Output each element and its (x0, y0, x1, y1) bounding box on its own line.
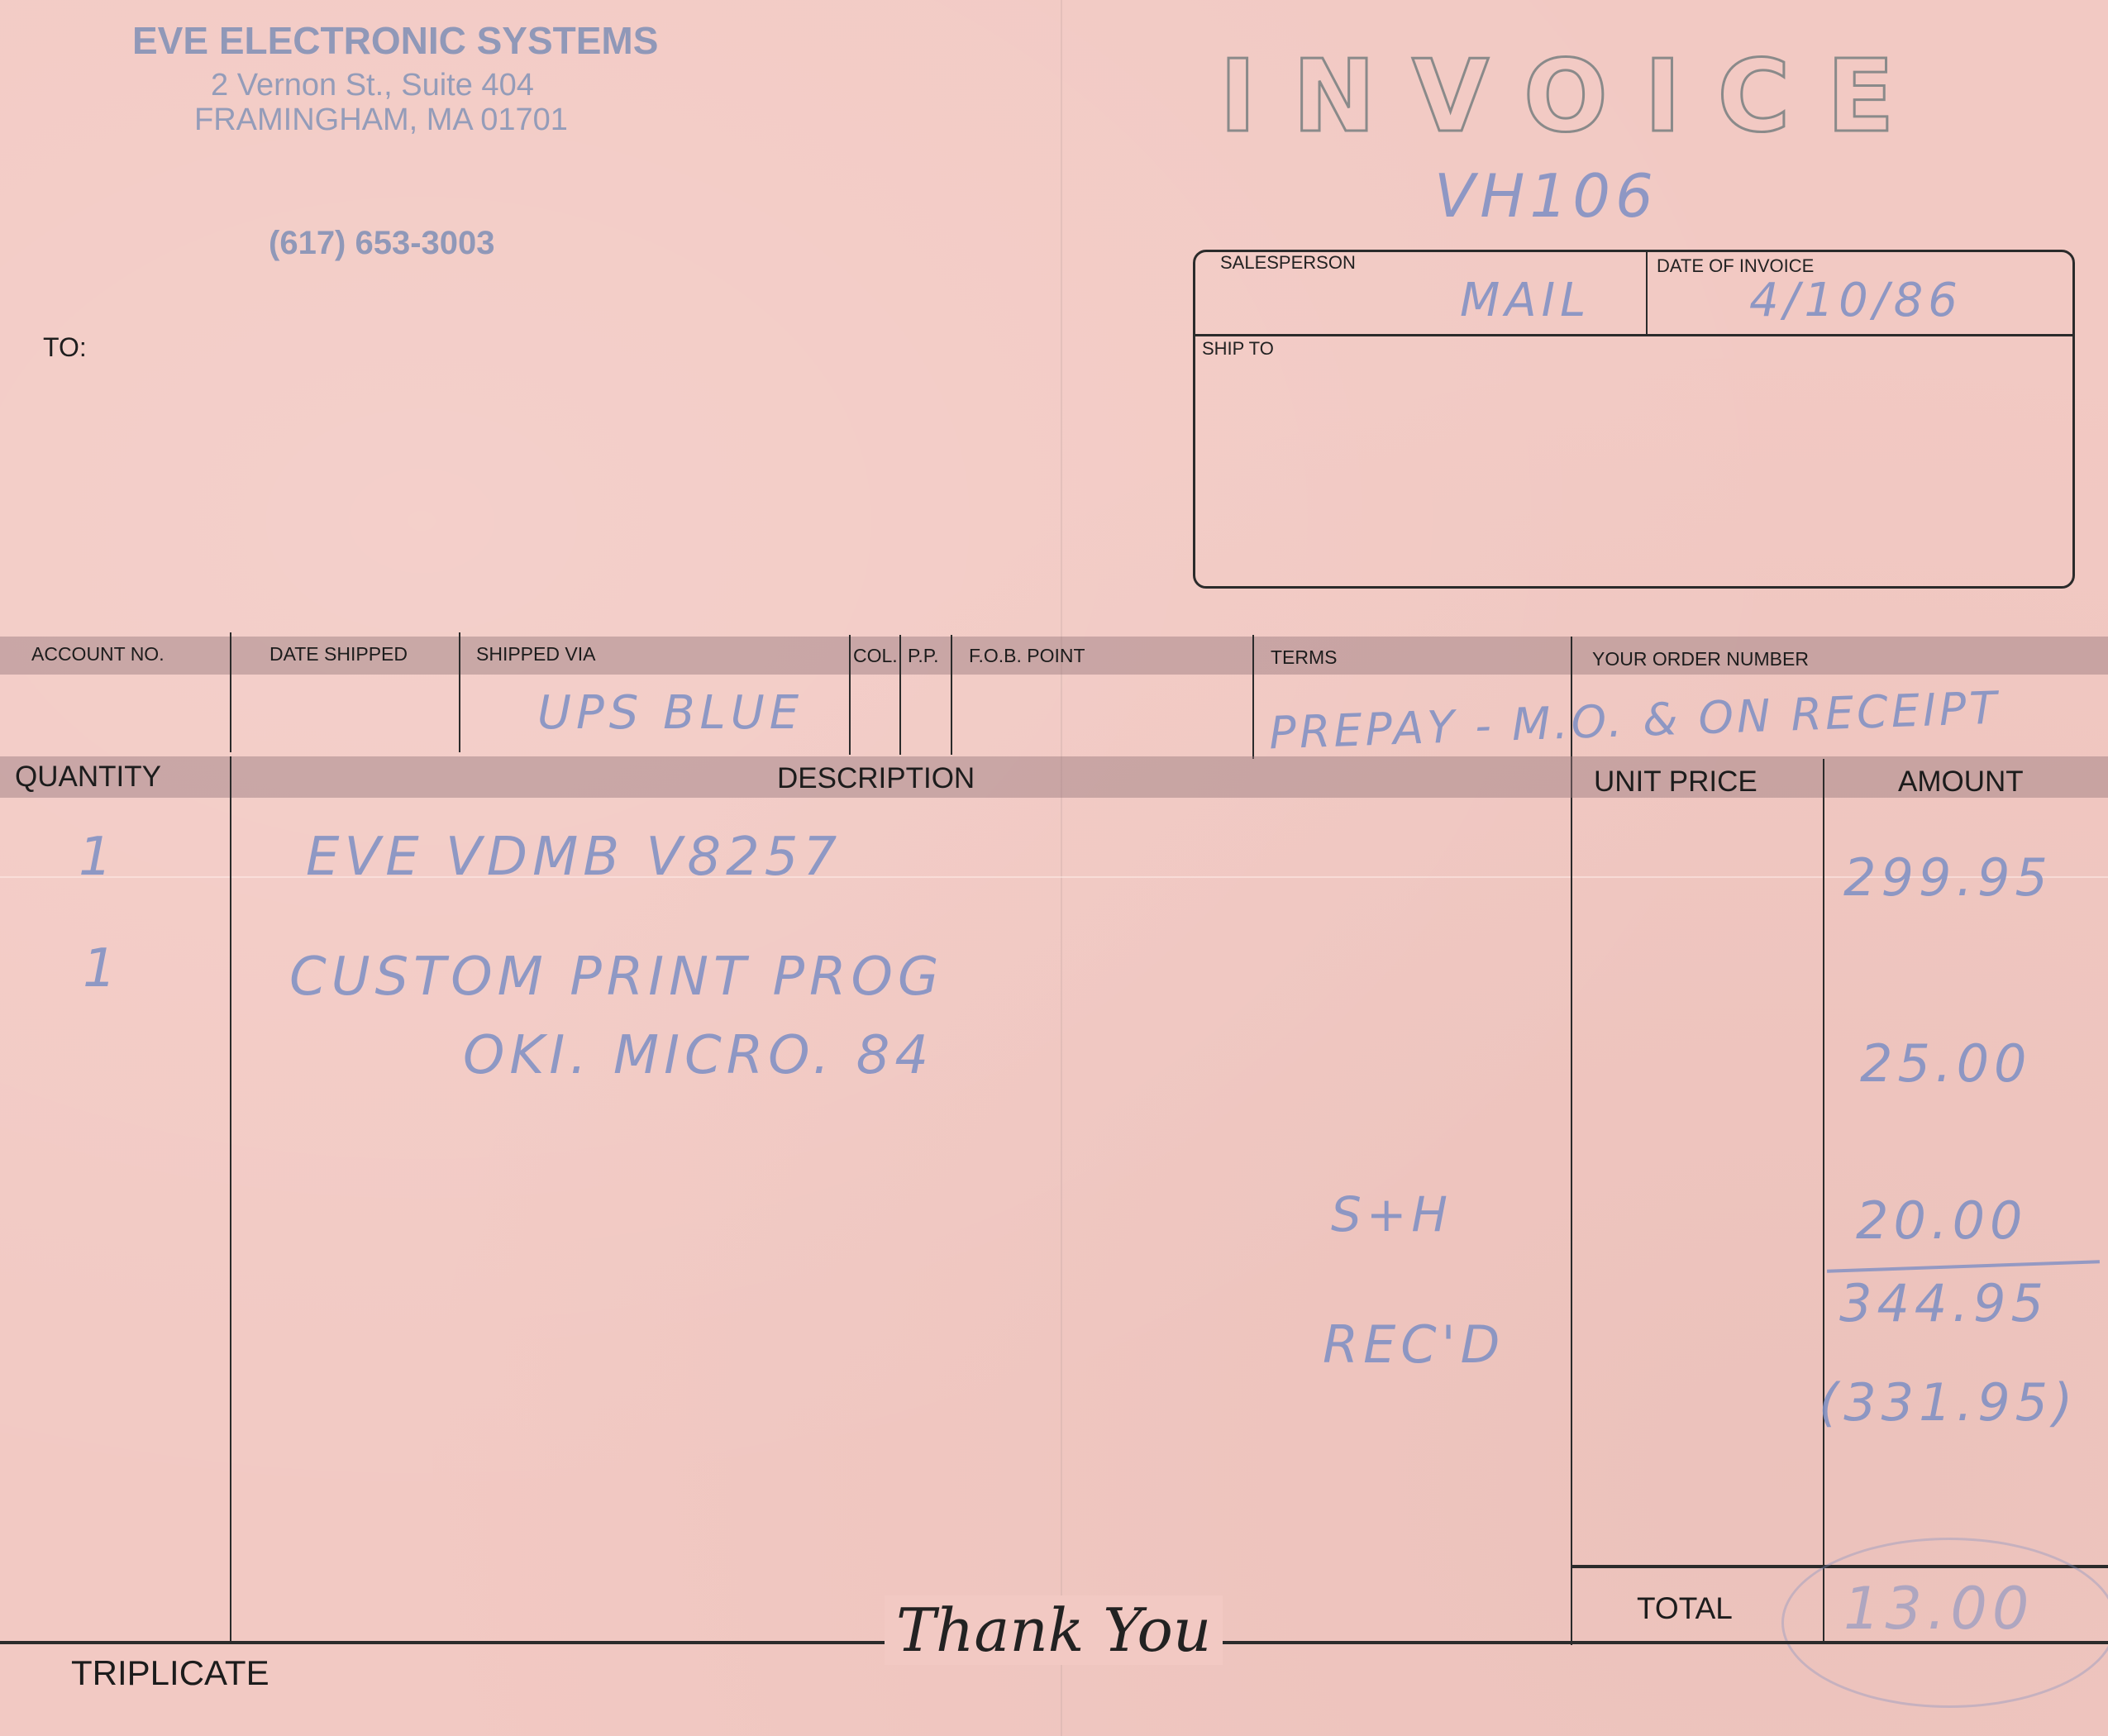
subtotal-amount: 344.95 (1839, 1273, 2048, 1333)
fob-point-field[interactable] (963, 678, 1244, 752)
box-divider (1646, 252, 1648, 336)
date-of-invoice-value[interactable]: 4/10/86 (1749, 274, 1963, 327)
unit-price-header: UNIT PRICE (1594, 765, 1757, 799)
salesperson-date-shipto-box: SALESPERSON MAIL DATE OF INVOICE 4/10/86… (1193, 250, 2075, 589)
ship-to-field[interactable] (1202, 368, 2062, 575)
shipped-via-label: SHIPPED VIA (476, 643, 595, 665)
company-address-line2: FRAMINGHAM, MA 01701 (194, 103, 568, 138)
ship-to-label: SHIP TO (1202, 338, 1274, 360)
quantity-header: QUANTITY (15, 761, 161, 794)
date-shipped-field[interactable] (240, 678, 451, 752)
row-3-description: S+H (1331, 1186, 1452, 1242)
line-items-header-band (0, 756, 2108, 798)
total-label: TOTAL (1637, 1591, 1733, 1626)
box-divider (1195, 334, 2072, 336)
company-address-line1: 2 Vernon St., Suite 404 (211, 68, 534, 103)
date-shipped-label: DATE SHIPPED (269, 643, 408, 665)
company-phone: (617) 653-3003 (269, 225, 495, 262)
shipped-via-value[interactable]: UPS BLUE (537, 686, 804, 740)
column-divider (1252, 635, 1254, 759)
fold-crease (1061, 0, 1062, 1736)
invoice-number: VH106 (1434, 161, 1658, 231)
column-divider (899, 635, 901, 755)
total-circle-mark (1781, 1538, 2108, 1708)
your-order-number-label: YOUR ORDER NUMBER (1592, 648, 1809, 670)
received-amount: (331.95) (1819, 1372, 2077, 1433)
column-divider (230, 756, 231, 1641)
to-label: TO: (43, 332, 87, 363)
column-divider (951, 635, 952, 755)
company-name: EVE ELECTRONIC SYSTEMS (132, 18, 658, 63)
to-field[interactable] (116, 331, 1108, 579)
row-1-quantity: 1 (79, 827, 117, 888)
fob-point-label: F.O.B. POINT (969, 645, 1085, 667)
received-label: REC'D (1323, 1314, 1505, 1375)
salesperson-label: SALESPERSON (1220, 252, 1356, 274)
pp-label: P.P. (908, 645, 939, 667)
terms-label: TERMS (1271, 646, 1338, 669)
salesperson-value[interactable]: MAIL (1460, 274, 1591, 327)
account-no-label: ACCOUNT NO. (31, 643, 165, 665)
description-header: DESCRIPTION (777, 762, 975, 795)
account-no-field[interactable] (8, 678, 223, 752)
row-3-amount: 20.00 (1856, 1190, 2028, 1251)
row-2-description-line2: OKI. MICRO. 84 (463, 1025, 933, 1086)
column-divider (1823, 759, 1824, 1643)
row-1-amount: 299.95 (1843, 847, 2053, 908)
column-divider (459, 632, 460, 752)
row-2-description: CUSTOM PRINT PROG (289, 947, 943, 1008)
thank-you-text: Thank You (885, 1595, 1223, 1665)
amount-header: AMOUNT (1898, 765, 2024, 799)
column-divider (849, 635, 851, 755)
row-1-description: EVE VDMB V8257 (306, 827, 842, 888)
copy-label: TRIPLICATE (71, 1653, 269, 1693)
col-label: COL. (853, 645, 898, 667)
invoice-title: INVOICE (1219, 40, 1931, 155)
column-divider (230, 632, 231, 752)
row-2-quantity: 1 (83, 938, 122, 999)
row-2-amount: 25.00 (1860, 1033, 2032, 1094)
